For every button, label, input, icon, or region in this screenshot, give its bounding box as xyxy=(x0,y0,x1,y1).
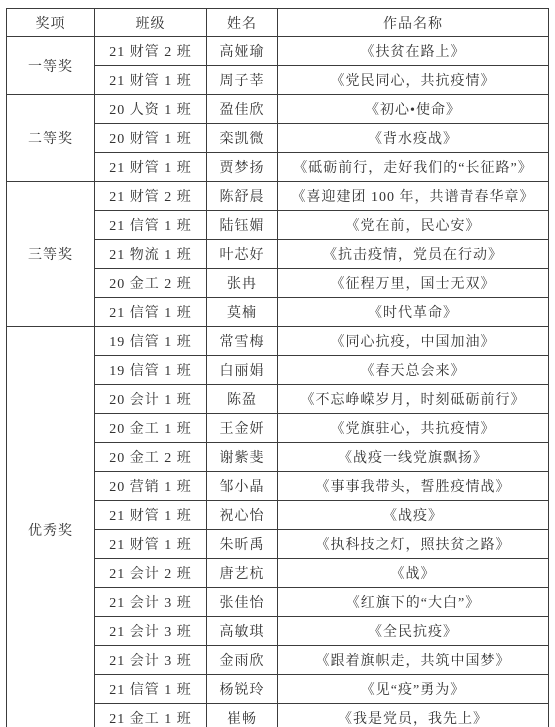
work-cell: 《党在前，民心安》 xyxy=(278,211,549,240)
table-row: 二等奖 20 人资 1 班 盈佳欣 《初心•使命》 xyxy=(7,95,549,124)
work-cell: 《战》 xyxy=(278,559,549,588)
name-cell: 邹小晶 xyxy=(207,472,278,501)
class-cell: 19 信管 1 班 xyxy=(95,327,207,356)
class-cell: 21 会计 3 班 xyxy=(95,617,207,646)
table-row: 三等奖 21 财管 2 班 陈舒晨 《喜迎建团 100 年，共谱青春华章》 xyxy=(7,182,549,211)
name-cell: 金雨欣 xyxy=(207,646,278,675)
class-cell: 21 财管 2 班 xyxy=(95,37,207,66)
name-cell: 张佳怡 xyxy=(207,588,278,617)
name-cell: 唐艺杭 xyxy=(207,559,278,588)
name-cell: 陈盈 xyxy=(207,385,278,414)
class-cell: 21 财管 1 班 xyxy=(95,501,207,530)
class-cell: 20 金工 2 班 xyxy=(95,269,207,298)
name-cell: 祝心怡 xyxy=(207,501,278,530)
name-cell: 陈舒晨 xyxy=(207,182,278,211)
award-results-table: 奖项 班级 姓名 作品名称 一等奖 21 财管 2 班 高娅瑜 《扶贫在路上》 … xyxy=(6,8,549,727)
name-cell: 崔畅 xyxy=(207,704,278,727)
name-cell: 杨锐玲 xyxy=(207,675,278,704)
work-cell: 《抗击疫情，党员在行动》 xyxy=(278,240,549,269)
award-cell-excellence-prize: 优秀奖 xyxy=(7,327,95,727)
class-cell: 21 会计 3 班 xyxy=(95,588,207,617)
work-cell: 《喜迎建团 100 年，共谱青春华章》 xyxy=(278,182,549,211)
name-cell: 朱昕禹 xyxy=(207,530,278,559)
name-cell: 高敏琪 xyxy=(207,617,278,646)
header-work: 作品名称 xyxy=(278,9,549,37)
work-cell: 《背水疫战》 xyxy=(278,124,549,153)
work-cell: 《砥砺前行，走好我们的“长征路”》 xyxy=(278,153,549,182)
class-cell: 20 金工 2 班 xyxy=(95,443,207,472)
table-row: 一等奖 21 财管 2 班 高娅瑜 《扶贫在路上》 xyxy=(7,37,549,66)
class-cell: 20 人资 1 班 xyxy=(95,95,207,124)
class-cell: 20 财管 1 班 xyxy=(95,124,207,153)
class-cell: 21 信管 1 班 xyxy=(95,675,207,704)
class-cell: 21 财管 1 班 xyxy=(95,153,207,182)
class-cell: 20 金工 1 班 xyxy=(95,414,207,443)
class-cell: 21 会计 2 班 xyxy=(95,559,207,588)
award-cell-third-prize: 三等奖 xyxy=(7,182,95,327)
work-cell: 《党旗驻心，共抗疫情》 xyxy=(278,414,549,443)
class-cell: 21 会计 3 班 xyxy=(95,646,207,675)
work-cell: 《战疫》 xyxy=(278,501,549,530)
header-award: 奖项 xyxy=(7,9,95,37)
work-cell: 《红旗下的“大白”》 xyxy=(278,588,549,617)
work-cell: 《我是党员，我先上》 xyxy=(278,704,549,727)
header-class: 班级 xyxy=(95,9,207,37)
table-row: 优秀奖 19 信管 1 班 常雪梅 《同心抗疫，中国加油》 xyxy=(7,327,549,356)
name-cell: 叶芯好 xyxy=(207,240,278,269)
name-cell: 谢紫斐 xyxy=(207,443,278,472)
work-cell: 《见“疫”勇为》 xyxy=(278,675,549,704)
work-cell: 《事事我带头，誓胜疫情战》 xyxy=(278,472,549,501)
name-cell: 周子莘 xyxy=(207,66,278,95)
work-cell: 《全民抗疫》 xyxy=(278,617,549,646)
class-cell: 20 会计 1 班 xyxy=(95,385,207,414)
class-cell: 21 财管 2 班 xyxy=(95,182,207,211)
work-cell: 《扶贫在路上》 xyxy=(278,37,549,66)
name-cell: 盈佳欣 xyxy=(207,95,278,124)
work-cell: 《党民同心，共抗疫情》 xyxy=(278,66,549,95)
name-cell: 陆钰媚 xyxy=(207,211,278,240)
class-cell: 21 物流 1 班 xyxy=(95,240,207,269)
class-cell: 21 财管 1 班 xyxy=(95,530,207,559)
work-cell: 《战疫一线党旗飘扬》 xyxy=(278,443,549,472)
name-cell: 白丽娟 xyxy=(207,356,278,385)
work-cell: 《跟着旗帜走，共筑中国梦》 xyxy=(278,646,549,675)
class-cell: 21 信管 1 班 xyxy=(95,211,207,240)
work-cell: 《不忘峥嵘岁月，时刻砥砺前行》 xyxy=(278,385,549,414)
work-cell: 《同心抗疫，中国加油》 xyxy=(278,327,549,356)
name-cell: 贾梦扬 xyxy=(207,153,278,182)
name-cell: 高娅瑜 xyxy=(207,37,278,66)
work-cell: 《春天总会来》 xyxy=(278,356,549,385)
name-cell: 常雪梅 xyxy=(207,327,278,356)
class-cell: 20 营销 1 班 xyxy=(95,472,207,501)
award-cell-second-prize: 二等奖 xyxy=(7,95,95,182)
class-cell: 21 财管 1 班 xyxy=(95,66,207,95)
name-cell: 莫楠 xyxy=(207,298,278,327)
work-cell: 《初心•使命》 xyxy=(278,95,549,124)
class-cell: 21 信管 1 班 xyxy=(95,298,207,327)
work-cell: 《执科技之灯，照扶贫之路》 xyxy=(278,530,549,559)
header-row: 奖项 班级 姓名 作品名称 xyxy=(7,9,549,37)
class-cell: 21 金工 1 班 xyxy=(95,704,207,727)
name-cell: 栾凯微 xyxy=(207,124,278,153)
header-name: 姓名 xyxy=(207,9,278,37)
work-cell: 《征程万里，国士无双》 xyxy=(278,269,549,298)
class-cell: 19 信管 1 班 xyxy=(95,356,207,385)
name-cell: 王金妍 xyxy=(207,414,278,443)
name-cell: 张冉 xyxy=(207,269,278,298)
award-cell-first-prize: 一等奖 xyxy=(7,37,95,95)
work-cell: 《时代革命》 xyxy=(278,298,549,327)
